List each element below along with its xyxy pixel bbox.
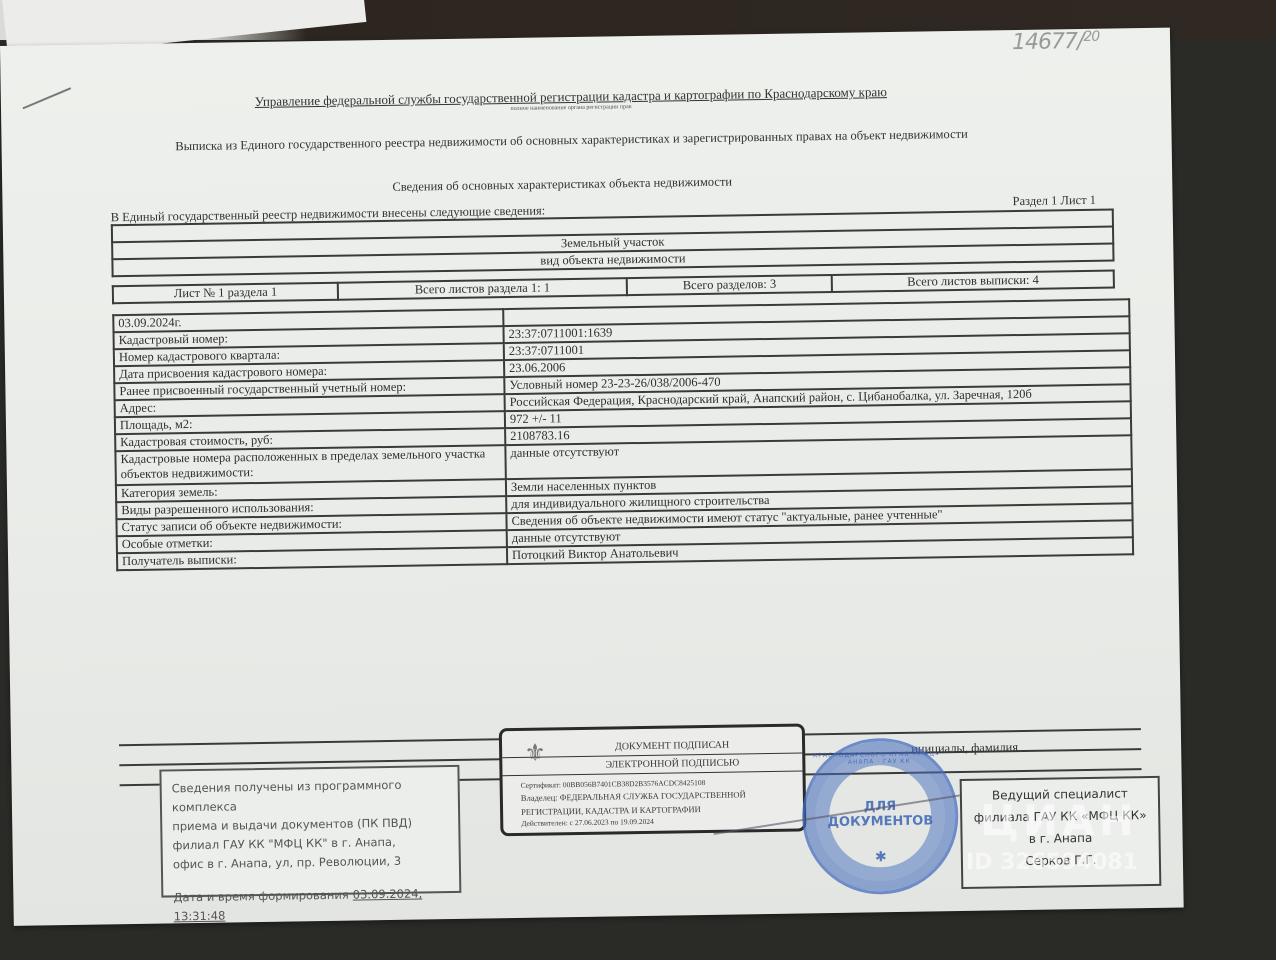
- formation-datetime: Дата и время формирования03.09.2024, 13:…: [173, 884, 450, 926]
- sheets-total: Всего листов выписки: 4: [832, 271, 1114, 292]
- mfc-line: офис в г. Анапа, ул, пр. Революции, 3: [173, 851, 449, 874]
- divider: [503, 770, 803, 776]
- watermark-brand: ЦИАН: [980, 796, 1138, 845]
- section-sheet-label: Раздел 1 Лист 1: [1012, 193, 1096, 209]
- esign-subtitle: ЭЛЕКТРОННОЙ ПОДПИСЬЮ: [562, 757, 782, 771]
- handwritten-number: 14677: [1012, 29, 1077, 55]
- esign-owner-cont: РЕГИСТРАЦИИ, КАДАСТРА И КАРТОГРАФИИ: [521, 804, 701, 817]
- electronic-signature-box: ⚜ ДОКУМЕНТ ПОДПИСАН ЭЛЕКТРОННОЙ ПОДПИСЬЮ…: [499, 723, 807, 836]
- pencil-mark: [22, 87, 71, 109]
- watermark-id: ID 326594081: [966, 850, 1138, 875]
- star-icon: ✱: [806, 848, 956, 866]
- mfc-line: Сведения получены из программного компле…: [172, 775, 449, 817]
- document-sheet: 14677/20 Управление федеральной службы г…: [0, 28, 1184, 926]
- esign-owner: Владелец: ФЕДЕРАЛЬНАЯ СЛУЖБА ГОСУДАРСТВЕ…: [521, 789, 746, 803]
- blank-area: [116, 558, 1135, 654]
- stamp-ring-text: КРАСНОДАРСКОГО КРАЯ «МФЦ» · АНАПА · ГАУ …: [804, 750, 954, 766]
- handwritten-suffix: 20: [1083, 29, 1099, 45]
- document-title: Выписка из Единого государственного реес…: [121, 126, 1021, 155]
- sections-total: Всего разделов: 3: [627, 275, 833, 295]
- esign-certificate: Сертификат: 00BB056B7401CB38D2B3576ACDC8…: [521, 778, 706, 790]
- emblem-icon: ⚜: [522, 738, 548, 768]
- characteristics-table: 03.09.2024г. Кадастровый номер:23:37:071…: [112, 298, 1134, 571]
- esign-title: ДОКУМЕНТ ПОДПИСАН: [562, 739, 782, 753]
- sheet-number: Лист № 1 раздела 1: [113, 283, 338, 304]
- mfc-info-box: Сведения получены из программного компле…: [159, 765, 461, 898]
- esign-validity: Действителен: с 27.06.2023 по 19.09.2024: [521, 817, 654, 828]
- section-title: Сведения об основных характеристиках объ…: [302, 173, 822, 196]
- formation-datetime-label: Дата и время формирования: [173, 888, 349, 905]
- sheets-in-section: Всего листов раздела 1: 1: [338, 278, 627, 300]
- handwritten-note: 14677/20: [1012, 29, 1100, 55]
